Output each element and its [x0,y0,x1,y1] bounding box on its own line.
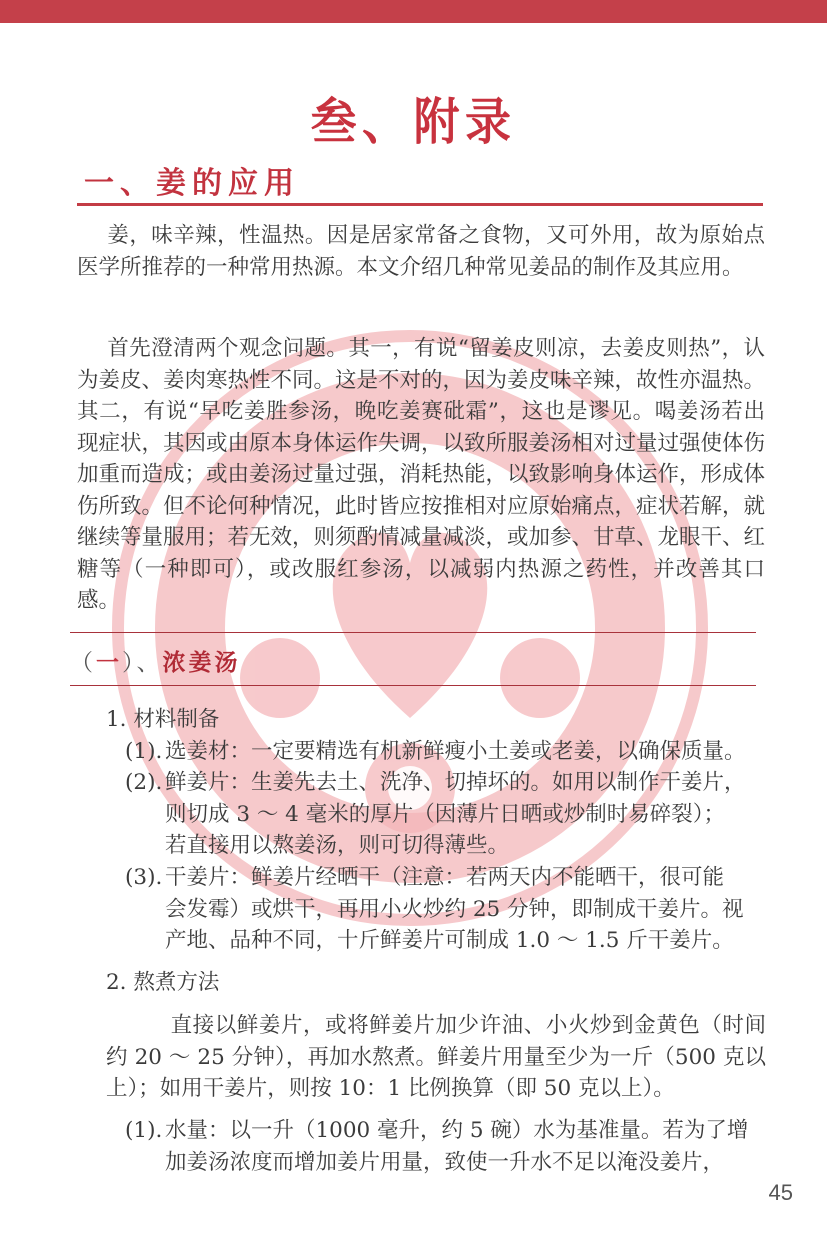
list-item-text: 选姜材：一定要精选有机新鲜瘦小土姜或老姜，以确保质量。 [165,739,746,764]
concept-paragraph: 首先澄清两个观念问题。其一，有说“留姜皮则凉，去姜皮则热”，认为姜皮、姜肉寒热性… [77,333,765,617]
method-paragraph: 直接以鲜姜片，或将鲜姜片加少许油、小火炒到金黄色（时间约 20 ～ 25 分钟）… [106,1010,766,1105]
subsection-divider-top [70,632,756,633]
list-item-number: (3). [125,862,165,894]
list-item-number: (1). [125,1115,165,1147]
subsection-divider-bottom [70,685,756,686]
subsection-name: 浓姜汤 [163,650,241,676]
list-item-text: 鲜姜片：生姜先去土、洗净、切掉坏的。如用以制作干姜片， [165,770,746,795]
list-item-number: (1). [125,736,165,768]
subsection-number: 一 [96,650,122,676]
list-item: (1).选姜材：一定要精选有机新鲜瘦小土姜或老姜，以确保质量。 [125,736,765,768]
list-item-continuation: 产地、品种不同，十斤鲜姜片可制成 1.0 ～ 1.5 斤干姜片。 [125,925,765,957]
intro-text: 姜，味辛辣，性温热。因是居家常备之食物，又可外用，故为原始点医学所推荐的一种常用… [77,223,765,280]
section-title: 一、姜的应用 [84,158,300,202]
subsection-title: （一）、浓姜汤 [70,644,241,677]
method-heading: 2. 熬煮方法 [106,967,219,999]
list-item: (3).干姜片：鲜姜片经晒干（注意：若两天内不能晒干，很可能 会发霉）或烘干，再… [125,862,765,957]
subsection-paren-open: （ [70,650,96,676]
list-item-continuation: 加姜汤浓度而增加姜片用量，致使一升水不足以淹没姜片， [125,1147,765,1179]
intro-paragraph: 姜，味辛辣，性温热。因是居家常备之食物，又可外用，故为原始点医学所推荐的一种常用… [77,220,765,283]
subsection-paren-close: ）、 [122,650,163,676]
section-divider [77,203,763,206]
list-item: (2).鲜姜片：生姜先去土、洗净、切掉坏的。如用以制作干姜片， 则切成 3 ～ … [125,767,765,862]
list-item-continuation: 会发霉）或烘干，再用小火炒约 25 分钟，即制成干姜片。视 [125,894,765,926]
list-item-continuation: 则切成 3 ～ 4 毫米的厚片（因薄片日晒或炒制时易碎裂）； [125,799,765,831]
concept-text: 首先澄清两个观念问题。其一，有说“留姜皮则凉，去姜皮则热”，认为姜皮、姜肉寒热性… [77,336,765,613]
list-item-number: (2). [125,767,165,799]
list-item-text: 干姜片：鲜姜片经晒干（注意：若两天内不能晒干，很可能 [165,865,724,890]
materials-heading: 1. 材料制备 [106,704,219,736]
page-number: 45 [769,1180,793,1206]
method-text: 直接以鲜姜片，或将鲜姜片加少许油、小火炒到金黄色（时间约 20 ～ 25 分钟）… [106,1013,766,1101]
list-item-continuation: 若直接用以熬姜汤，则可切得薄些。 [125,830,765,862]
chapter-title: 叁、附录 [33,82,794,154]
list-item-text: 水量：以一升（1000 毫升，约 5 碗）水为基准量。若为了增 [165,1118,748,1143]
list-item: (1).水量：以一升（1000 毫升，约 5 碗）水为基准量。若为了增 加姜汤浓… [125,1115,765,1178]
document-page: 叁、附录 一、姜的应用 姜，味辛辣，性温热。因是居家常备之食物，又可外用，故为原… [0,0,827,1240]
